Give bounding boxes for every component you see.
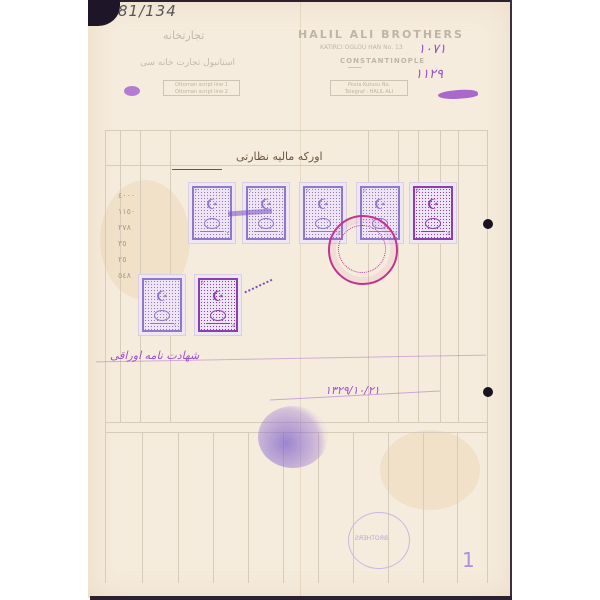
stamp-bar — [421, 231, 445, 234]
company-address: KATIRCI OGLOU HAN No. 13 — [320, 44, 403, 51]
page-mark: 1 — [462, 548, 475, 572]
rose-emblem — [210, 310, 226, 321]
stamp-value: ٢ — [195, 189, 198, 194]
box-line: Ottoman script line 2 — [164, 89, 239, 96]
calligraphic-emblem: ﺗﺠﺎﺭﺗﺨﺎﻧﻪ — [163, 29, 223, 51]
grid-line — [142, 432, 143, 583]
grid-line — [248, 432, 249, 583]
crescent-star-icon: ☪ — [156, 290, 169, 304]
grid-line — [418, 130, 419, 422]
stamp-value: ٥ — [306, 189, 309, 194]
ink-smudge — [124, 86, 140, 96]
grid-line — [458, 130, 459, 422]
entry: ٢٥ — [118, 252, 135, 268]
entry: ٥٤٨ — [118, 268, 135, 284]
ink-number-1: ١٠٧١ — [418, 42, 446, 57]
stamp-value: ١ — [280, 232, 283, 237]
entry: ٣٥ — [118, 236, 135, 252]
stamp-value: ٥ — [201, 281, 204, 286]
crescent-star-icon: ☪ — [374, 198, 387, 212]
rose-emblem — [154, 310, 170, 321]
paper-edge-right — [510, 0, 512, 600]
entry: ٢٧٨ — [118, 220, 135, 236]
box-line: Posta Kutusu No. — [331, 82, 407, 89]
letterhead-box-right: Posta Kutusu No. Telegraf : HALIL ALI — [330, 80, 408, 96]
stamp-value: ١ — [249, 189, 252, 194]
box-line: Telegraf : HALIL ALI — [331, 89, 407, 96]
punch-hole — [483, 219, 493, 229]
purple-circular-seal — [258, 406, 328, 468]
rose-emblem — [425, 218, 441, 229]
rose-emblem — [315, 218, 331, 229]
crescent-star-icon: ☪ — [317, 198, 330, 212]
handwritten-heading: ﺍﻭﺭﻛﻪ ﻣﺎﻟﻴﻪ ﻧﻈﺎﺭﺗﻰ — [236, 150, 323, 163]
grid-line — [423, 432, 424, 583]
crescent-star-icon: ☪ — [427, 198, 440, 212]
paper-edge-bottom — [90, 596, 512, 600]
seal-text: BROTHERS — [355, 535, 388, 542]
letterhead-box-left: Ottoman script line 1 Ottoman script lin… — [163, 80, 240, 96]
paper-stain — [380, 430, 480, 510]
stamp-bar — [254, 231, 278, 234]
ink-underline — [172, 169, 222, 170]
entry: ١١٥٠ — [118, 204, 135, 220]
stamp-value: ٥ — [363, 189, 366, 194]
faint-company-seal: BROTHERS — [348, 512, 410, 569]
stamp-value: ٥ — [416, 189, 419, 194]
company-name: HALIL ALI BROTHERS — [298, 28, 464, 41]
stamp-value: ٢ — [226, 232, 229, 237]
grid-line — [457, 432, 458, 583]
grid-line — [178, 432, 179, 583]
paper-fold — [300, 0, 301, 600]
grid-line — [105, 165, 487, 166]
stamp-value: ٥ — [447, 232, 450, 237]
box-line: Ottoman script line 1 — [164, 82, 239, 89]
company-city: CONSTANTINOPLE — [340, 57, 425, 65]
left-column-entries: ٤٠٠٠ ١١٥٠ ٢٧٨ ٣٥ ٢٥ ٥٤٨ — [118, 188, 135, 284]
rose-emblem — [258, 218, 274, 229]
grid-line — [105, 130, 487, 131]
rose-emblem — [204, 218, 220, 229]
crescent-star-icon: ☪ — [206, 198, 219, 212]
letterhead-script-line: ﺍﺳﺘﺎﻧﺒﻮﻝ ﺗﺠﺎﺭﺕ ﺧﺎﻧﻪ ﺳﻰ — [140, 58, 235, 68]
grid-line — [440, 130, 441, 422]
revenue-stamp: ☪١٠١٠ — [138, 274, 186, 336]
grid-line — [213, 432, 214, 583]
crescent-star-icon: ☪ — [212, 290, 225, 304]
ink-number-2: ١١٢٩ — [415, 67, 443, 82]
stamp-value: ٥ — [232, 324, 235, 329]
stamp-bar — [206, 323, 230, 326]
divider — [348, 67, 362, 68]
red-circular-seal — [328, 215, 398, 285]
grid-line — [353, 432, 354, 583]
revenue-stamp: ☪٥٥ — [409, 182, 457, 244]
stamp-bar — [200, 231, 224, 234]
entry: ٤٠٠٠ — [118, 188, 135, 204]
seal-inner-ring — [338, 225, 386, 273]
grid-line — [487, 130, 488, 583]
revenue-stamp: ☪٥٥ — [194, 274, 242, 336]
grid-line — [105, 130, 106, 583]
punch-hole — [483, 387, 493, 397]
archive-reference: 81/134 — [118, 2, 177, 20]
stamp-bar — [150, 323, 174, 326]
grid-line — [398, 130, 399, 422]
stamp-value: ١٠ — [174, 324, 179, 329]
stamp-value: ١٠ — [145, 281, 150, 286]
